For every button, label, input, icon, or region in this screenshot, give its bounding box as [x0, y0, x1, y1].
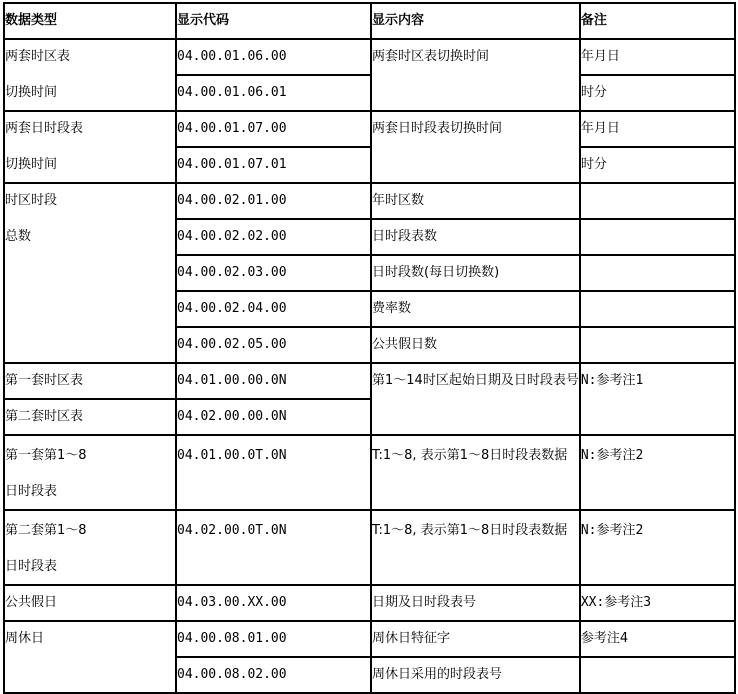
cell-display-code: 04.00.01.06.01	[176, 75, 371, 111]
col-header-display-code: 显示代码	[176, 3, 371, 39]
cell-display-content: 年时区数	[371, 183, 580, 219]
cell-note: N:参考注2	[580, 435, 735, 510]
cell-display-content: 周休日采用的时段表号	[371, 657, 580, 693]
cell-display-code: 04.00.02.03.00	[176, 255, 371, 291]
cell-data-type: 第二套第1～8 日时段表	[4, 510, 176, 585]
cell-note	[580, 219, 735, 255]
cell-display-content: 日期及日时段表号	[371, 585, 580, 621]
table-row: 时区时段 总数 04.00.02.01.00 年时区数	[4, 183, 735, 219]
cell-note	[580, 183, 735, 219]
cell-display-content: T:1～8, 表示第1～8日时段表数据	[371, 510, 580, 585]
data-type-line: 第二套第1～8	[5, 514, 175, 548]
cell-display-code: 04.00.01.07.00	[176, 111, 371, 147]
cell-display-content: 费率数	[371, 291, 580, 327]
cell-display-code: 04.03.00.XX.00	[176, 585, 371, 621]
page: 数据类型 显示代码 显示内容 备注 两套时区表 切换时间 04.00.01.06…	[0, 0, 738, 694]
data-type-line: 时区时段	[5, 184, 175, 218]
cell-display-code: 04.01.00.0T.0N	[176, 435, 371, 510]
cell-note: XX:参考注3	[580, 585, 735, 621]
cell-data-type: 两套日时段表 切换时间	[4, 111, 176, 183]
cell-note: 参考注4	[580, 621, 735, 657]
table-row: 公共假日 04.03.00.XX.00 日期及日时段表号 XX:参考注3	[4, 585, 735, 621]
cell-note: 年月日	[580, 39, 735, 75]
cell-data-type: 两套时区表 切换时间	[4, 39, 176, 111]
cell-data-type: 第一套时区表	[4, 363, 176, 399]
cell-display-code: 04.00.02.05.00	[176, 327, 371, 363]
cell-display-content: 日时段数(每日切换数)	[371, 255, 580, 291]
col-header-note: 备注	[580, 3, 735, 39]
cell-data-type: 时区时段 总数	[4, 183, 176, 363]
table-row: 第二套第1～8 日时段表 04.02.00.0T.0N T:1～8, 表示第1～…	[4, 510, 735, 585]
cell-display-content: 第1～14时区起始日期及日时段表号	[371, 363, 580, 435]
table-row: 两套日时段表 切换时间 04.00.01.07.00 两套日时段表切换时间 年月…	[4, 111, 735, 147]
cell-display-code: 04.00.02.01.00	[176, 183, 371, 219]
cell-data-type: 第二套时区表	[4, 399, 176, 435]
cell-note	[580, 255, 735, 291]
data-type-line: 第一套第1～8	[5, 439, 175, 473]
cell-display-content: 日时段表数	[371, 219, 580, 255]
table-row: 两套时区表 切换时间 04.00.01.06.00 两套时区表切换时间 年月日	[4, 39, 735, 75]
cell-display-content: 两套日时段表切换时间	[371, 111, 580, 183]
cell-display-content: 公共假日数	[371, 327, 580, 363]
cell-note	[580, 657, 735, 693]
col-header-display-content: 显示内容	[371, 3, 580, 39]
data-type-line: 总数	[5, 220, 175, 254]
cell-data-type: 第一套第1～8 日时段表	[4, 435, 176, 510]
cell-note	[580, 327, 735, 363]
cell-data-type: 周休日	[4, 621, 176, 693]
cell-note: 年月日	[580, 111, 735, 147]
table-row: 第一套时区表 04.01.00.00.0N 第1～14时区起始日期及日时段表号 …	[4, 363, 735, 399]
cell-display-code: 04.00.02.02.00	[176, 219, 371, 255]
data-type-line: 两套时区表	[5, 40, 175, 74]
table-row: 第一套第1～8 日时段表 04.01.00.0T.0N T:1～8, 表示第1～…	[4, 435, 735, 510]
data-type-line: 日时段表	[5, 550, 175, 584]
cell-display-code: 04.00.01.06.00	[176, 39, 371, 75]
cell-display-content: 两套时区表切换时间	[371, 39, 580, 111]
header-row: 数据类型 显示代码 显示内容 备注	[4, 3, 735, 39]
col-header-data-type: 数据类型	[4, 3, 176, 39]
cell-note: 时分	[580, 75, 735, 111]
cell-display-code: 04.02.00.0T.0N	[176, 510, 371, 585]
cell-display-content: 周休日特征字	[371, 621, 580, 657]
cell-display-code: 04.00.01.07.01	[176, 147, 371, 183]
data-type-line: 切换时间	[5, 148, 175, 182]
cell-note	[580, 291, 735, 327]
cell-display-code: 04.02.00.00.0N	[176, 399, 371, 435]
cell-note: N:参考注2	[580, 510, 735, 585]
cell-display-code: 04.00.08.01.00	[176, 621, 371, 657]
cell-note: N:参考注1	[580, 363, 735, 435]
cell-display-code: 04.00.08.02.00	[176, 657, 371, 693]
data-type-line: 切换时间	[5, 76, 175, 110]
cell-display-code: 04.01.00.00.0N	[176, 363, 371, 399]
data-code-table: 数据类型 显示代码 显示内容 备注 两套时区表 切换时间 04.00.01.06…	[3, 2, 736, 694]
table-row: 周休日 04.00.08.01.00 周休日特征字 参考注4	[4, 621, 735, 657]
cell-note: 时分	[580, 147, 735, 183]
cell-display-code: 04.00.02.04.00	[176, 291, 371, 327]
data-type-line: 两套日时段表	[5, 112, 175, 146]
data-type-line: 日时段表	[5, 475, 175, 509]
cell-data-type: 公共假日	[4, 585, 176, 621]
cell-display-content: T:1～8, 表示第1～8日时段表数据	[371, 435, 580, 510]
